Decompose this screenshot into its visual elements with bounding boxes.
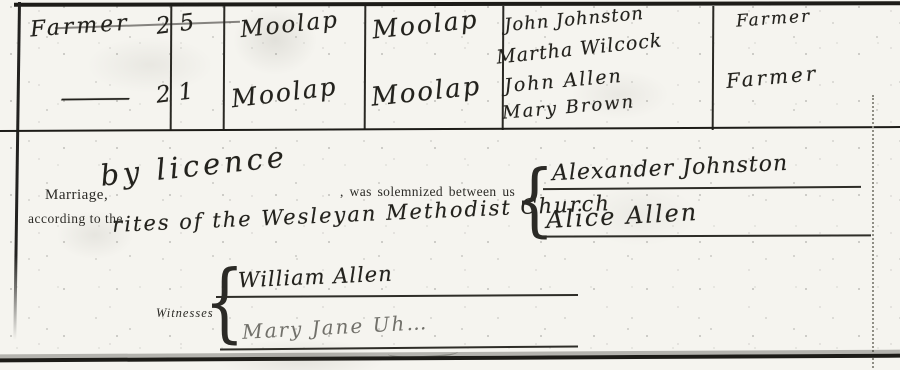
bride-father-occupation: Farmer [725,61,819,93]
groom-residence: Moolap [371,5,480,45]
marriage-clause-label: Marriage, [45,187,108,204]
witness1-signature: William Allen [238,262,394,293]
groom-mother-name: Martha Wilcock [495,29,663,68]
groom-signature: Alexander Johnston [552,151,789,186]
bride-signature-line [538,234,871,237]
groom-father-name: John Johnston [503,3,644,36]
bride-residence: Moolap [370,71,483,112]
according-to-label: according to the [28,211,123,227]
bride-father-name: John Allen [503,65,623,97]
witness1-signature-line [216,294,578,298]
bride-age: 21 [155,77,203,108]
table-divider-parents-rank [712,6,715,130]
table-divider-age-birthplace [223,6,226,130]
witness2-signature: Mary Jane Uh… [241,310,428,344]
page-right-dotted-edge [872,95,874,368]
groom-birthplace: Moolap [239,7,340,43]
marriage-certificate-scan: Farmer 25 Moolap Moolap John Johnston Ma… [0,0,900,370]
form-left-border [13,2,21,340]
table-divider-birthplace-residence [364,6,367,130]
bride-birthplace: Moolap [230,72,339,114]
groom-father-occupation: Farmer [735,6,811,31]
groom-signature-line [543,186,861,190]
table-bottom-rule [0,126,900,132]
groom-occupation: Farmer [29,11,130,43]
bride-occupation-dash: — [56,83,133,112]
groom-age: 25 [155,8,205,40]
bride-mother-name: Mary Brown [501,91,636,124]
solemnized-label: , was solemnized between us [340,184,515,200]
marriage-method-handwriting: by licence [99,139,290,192]
